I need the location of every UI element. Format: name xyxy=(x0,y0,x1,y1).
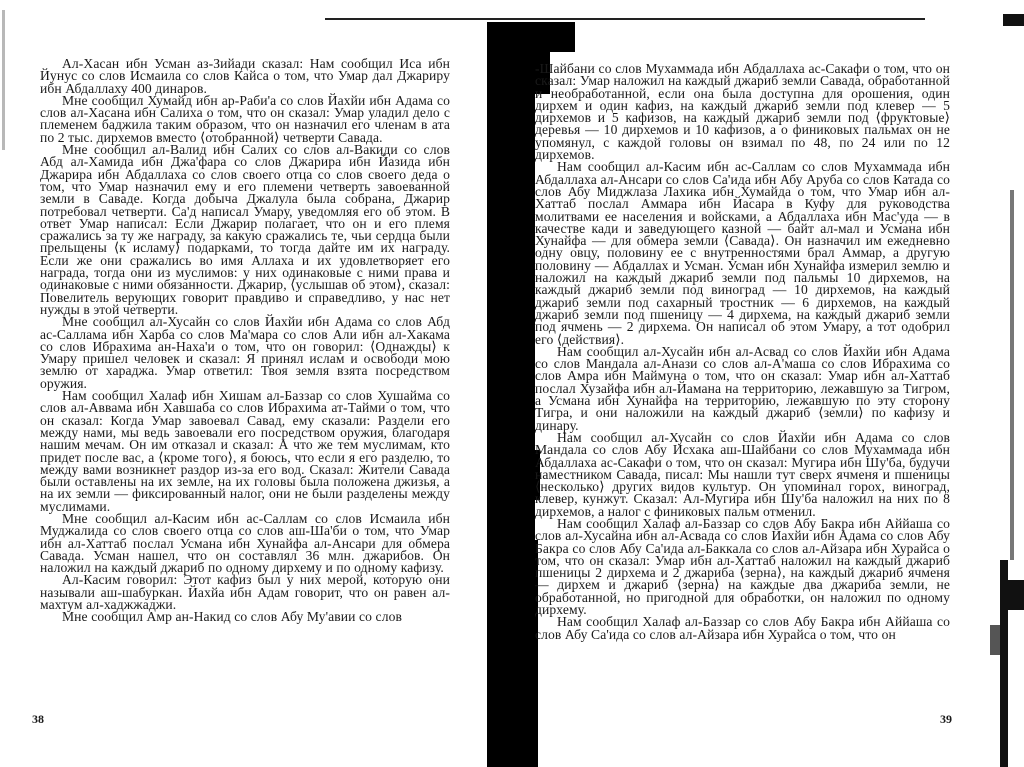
right-page: -Шайбани со слов Мухаммада ибн Абдаллаха… xyxy=(535,0,955,767)
left-page-text: Ал-Хасан ибн Усман аз-Зийади сказал: Нам… xyxy=(40,58,450,624)
paragraph: Нам сообщил ал-Касим ибн ас-Саллам со сл… xyxy=(535,161,950,345)
paragraph: Нам сообщил ал-Хусайн со слов Йахйи ибн … xyxy=(535,432,950,518)
scan-edge-artifact xyxy=(1010,190,1014,560)
right-page-number: 39 xyxy=(940,712,952,727)
paragraph: Мне сообщил Амр ан-Накид со слов Абу Му'… xyxy=(40,611,450,623)
left-page-number: 38 xyxy=(32,712,44,727)
right-page-text: -Шайбани со слов Мухаммада ибн Абдаллаха… xyxy=(535,63,950,641)
scan-edge-artifact xyxy=(1008,580,1024,610)
paragraph: Нам сообщил ал-Хусайн ибн ал-Асвад со сл… xyxy=(535,346,950,432)
left-page: Ал-Хасан ибн Усман аз-Зийади сказал: Нам… xyxy=(0,0,490,767)
paragraph: Нам сообщил Халаф ал-Баззар со слов Абу … xyxy=(535,616,950,641)
paragraph: Мне сообщил ал-Валид ибн Салих со слов а… xyxy=(40,144,450,316)
book-spine-shadow xyxy=(520,340,534,380)
paragraph: Мне сообщил Хумайд ибн ар-Раби'а со слов… xyxy=(40,95,450,144)
scan-edge-artifact xyxy=(1000,560,1008,767)
paragraph: Нам сообщил Халаф ал-Баззар со слов Абу … xyxy=(535,518,950,616)
paragraph: -Шайбани со слов Мухаммада ибн Абдаллаха… xyxy=(535,63,950,161)
scan-edge-artifact xyxy=(1003,14,1024,26)
paragraph: Мне сообщил ал-Хусайн со слов Йахйи ибн … xyxy=(40,316,450,390)
scan-edge-artifact xyxy=(990,625,1000,655)
paragraph: Нам сообщил Халаф ибн Хишам ал-Баззар со… xyxy=(40,390,450,513)
paragraph: Мне сообщил ал-Касим ибн ас-Саллам со сл… xyxy=(40,513,450,574)
paragraph: Ал-Хасан ибн Усман аз-Зийади сказал: Нам… xyxy=(40,58,450,95)
paragraph: Ал-Касим говорил: Этот кафиз был у них м… xyxy=(40,574,450,611)
